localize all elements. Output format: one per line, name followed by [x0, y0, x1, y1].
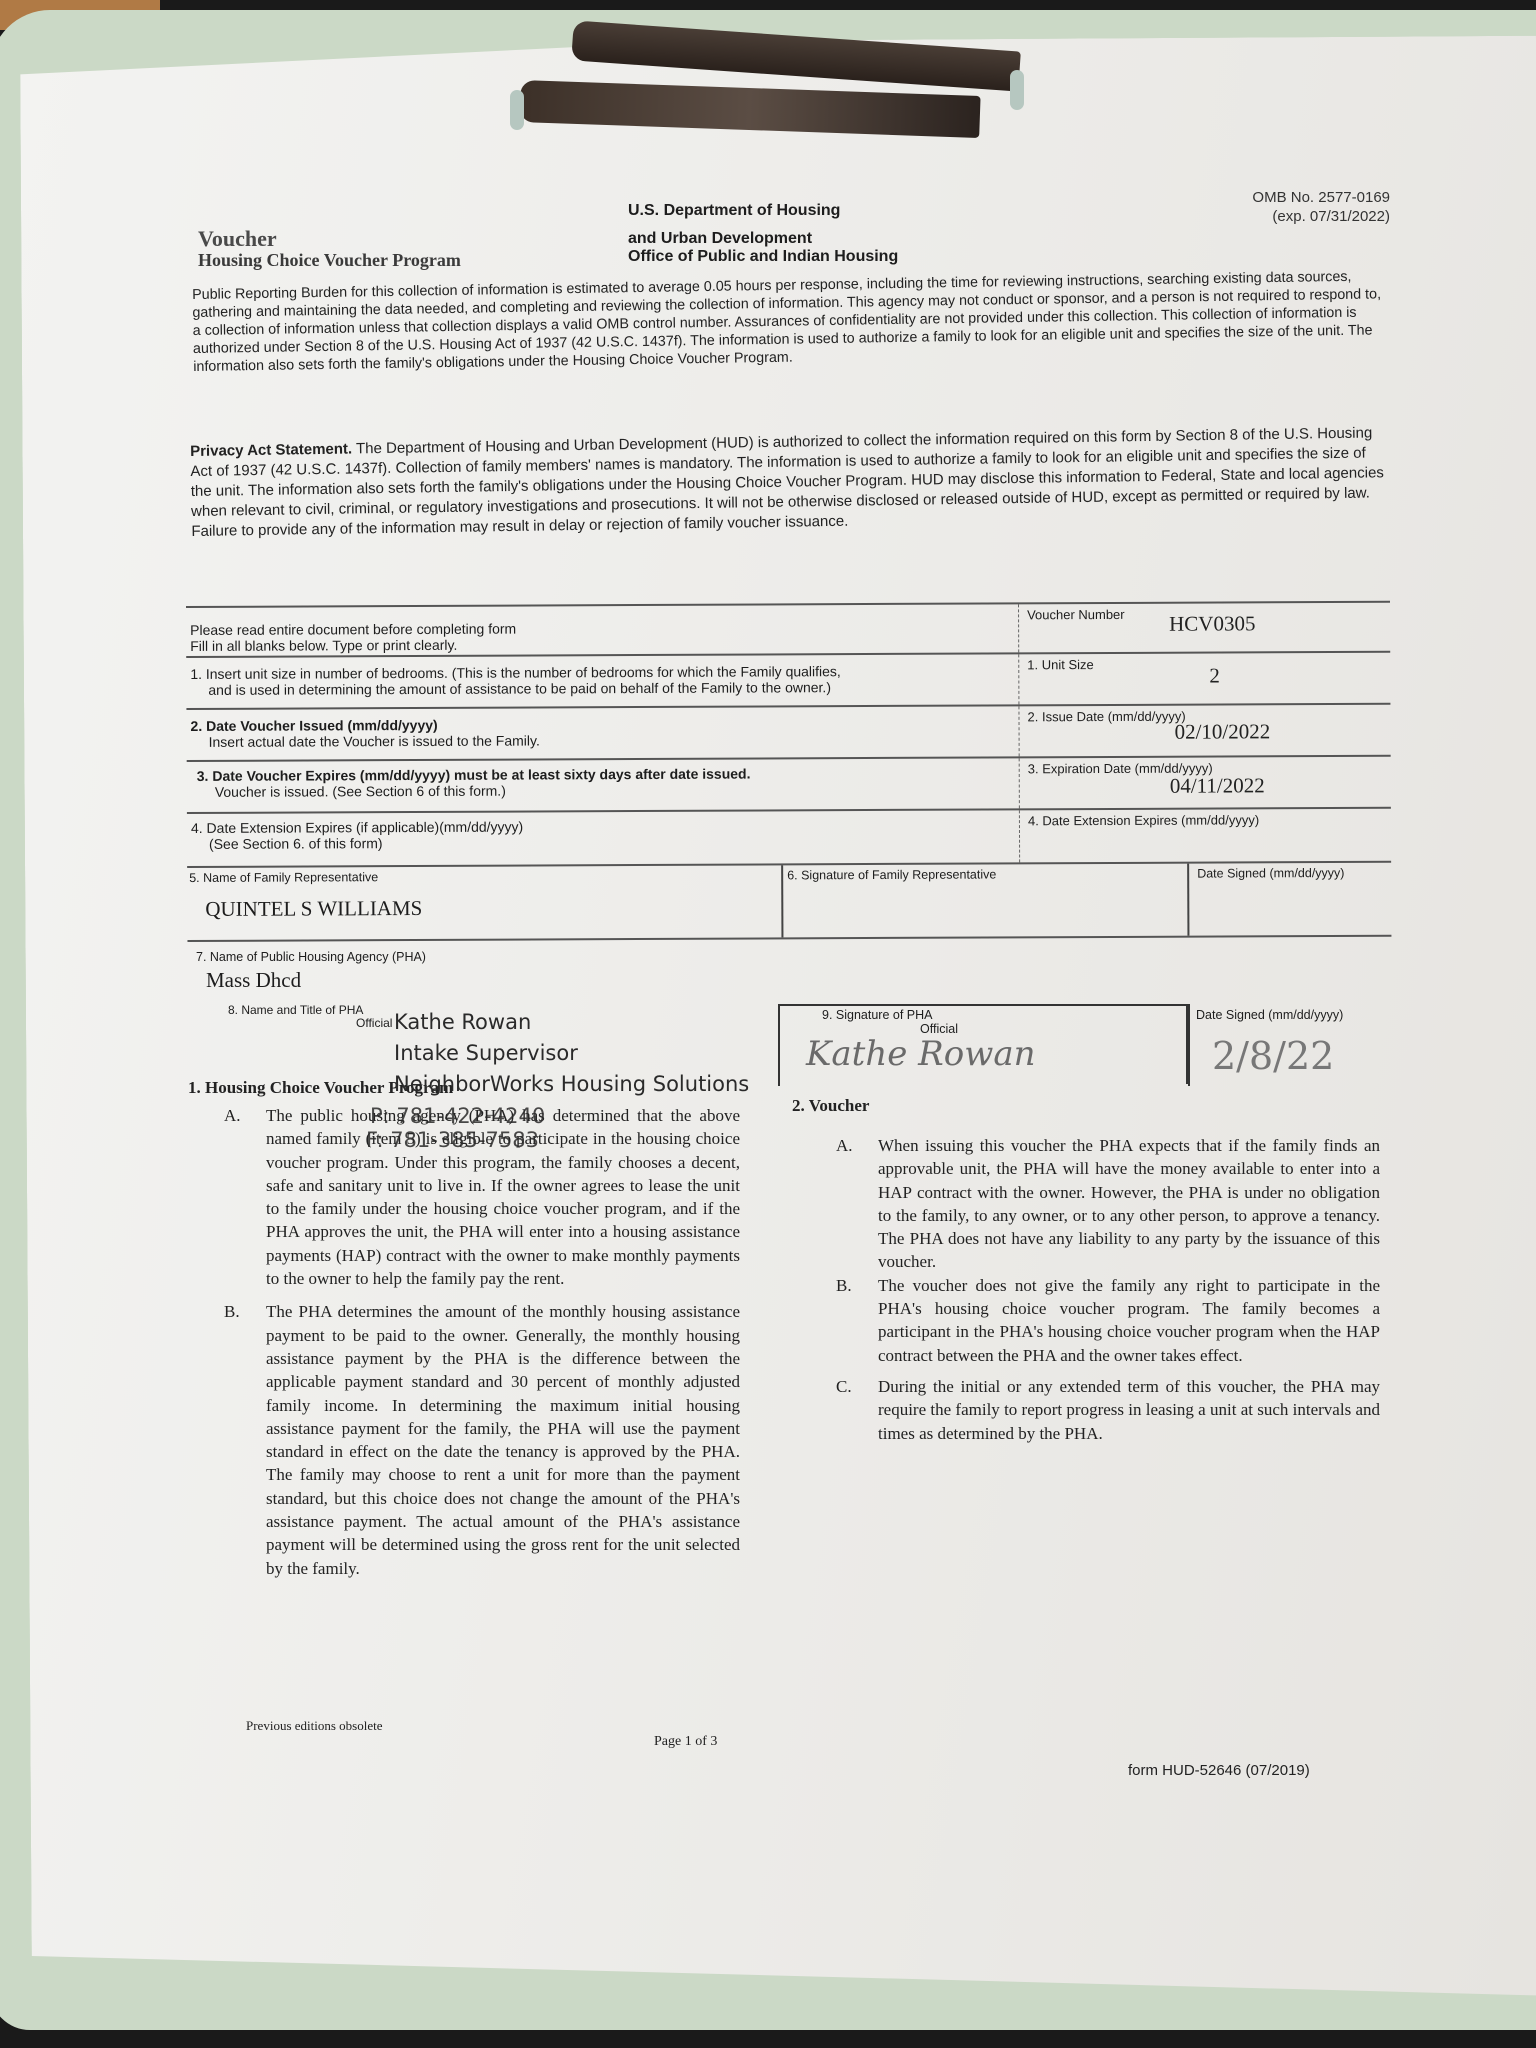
unit-size-field[interactable]: 1. Unit Size 2 — [1018, 653, 1390, 705]
expiration-date-value: 04/11/2022 — [1170, 773, 1265, 798]
voucher-number-value: HCV0305 — [1169, 611, 1255, 636]
section-2-body: A. When issuing this voucher the PHA exp… — [836, 1134, 1380, 1445]
voucher-number-field[interactable]: Voucher Number HCV0305 — [1018, 603, 1390, 653]
form-row-expiration-date: 3. Date Voucher Expires (mm/dd/yyyy) mus… — [187, 755, 1391, 812]
extension-date-field[interactable]: 4. Date Extension Expires (mm/dd/yyyy) — [1019, 809, 1391, 863]
voucher-form: Please read entire document before compl… — [186, 601, 1391, 942]
official-title: Intake Supervisor — [394, 1041, 578, 1065]
form-instructions-row: Please read entire document before compl… — [186, 601, 1390, 656]
burden-statement: Public Reporting Burden for this collect… — [192, 267, 1393, 376]
official-organization: NeighborWorks Housing Solutions — [394, 1072, 749, 1096]
official-phone: P: 781-422-4240 — [370, 1104, 545, 1128]
divider — [1186, 1004, 1188, 1084]
footer-page-number: Page 1 of 3 — [654, 1734, 717, 1750]
pha-signature-field[interactable]: 9. Signature of PHA Official Kathe Rowan — [778, 1004, 1190, 1086]
omb-info: OMB No. 2577-0169 (exp. 07/31/2022) — [1180, 188, 1390, 226]
section-1-body: A. The public housing agency (PHA) has d… — [224, 1104, 740, 1580]
form-row-unit-size: 1. Insert unit size in number of bedroom… — [186, 651, 1390, 708]
department-header: U.S. Department of Housing and Urban Dev… — [628, 202, 898, 266]
section-2-item-a: A. When issuing this voucher the PHA exp… — [836, 1134, 1380, 1274]
document-title: Voucher — [198, 226, 277, 252]
issue-date-field[interactable]: 2. Issue Date (mm/dd/yyyy) 02/10/2022 — [1018, 705, 1390, 757]
pha-date-label: Date Signed (mm/dd/yyyy) — [1196, 1008, 1343, 1022]
official-label: 8. Name and Title of PHA Official — [228, 1004, 392, 1030]
section-2-item-b: B. The voucher does not give the family … — [836, 1274, 1380, 1367]
expiration-date-field[interactable]: 3. Expiration Date (mm/dd/yyyy) 04/11/20… — [1019, 757, 1391, 809]
pha-name-label: 7. Name of Public Housing Agency (PHA) — [196, 950, 426, 964]
voucher-document: Voucher Housing Choice Voucher Program U… — [0, 0, 1536, 2048]
form-row-extension: 4. Date Extension Expires (if applicable… — [187, 807, 1391, 866]
footer-previous-editions: Previous editions obsolete — [246, 1718, 383, 1734]
section-2-item-c: C. During the initial or any extended te… — [836, 1375, 1380, 1445]
family-representative-signature-field[interactable]: 6. Signature of Family Representative — [781, 864, 1189, 938]
section-1-item-b: B. The PHA determines the amount of the … — [224, 1300, 740, 1580]
pha-signature: Kathe Rowan — [806, 1034, 1036, 1074]
document-subtitle: Housing Choice Voucher Program — [198, 250, 461, 271]
footer-form-number: form HUD-52646 (07/2019) — [1128, 1762, 1310, 1779]
pha-date-signed: 2/8/22 — [1212, 1034, 1334, 1078]
form-row-issue-date: 2. Date Voucher Issued (mm/dd/yyyy) Inse… — [186, 703, 1390, 760]
official-fax: F: 781-385-7583 — [366, 1128, 539, 1152]
issue-date-value: 02/10/2022 — [1175, 719, 1271, 744]
family-representative-date-field[interactable]: Date Signed (mm/dd/yyyy) — [1189, 863, 1391, 936]
section-2-heading: 2. Voucher — [792, 1096, 869, 1116]
pha-name-value: Mass Dhcd — [206, 968, 301, 993]
family-representative-name: QUINTEL S WILLIAMS — [205, 894, 779, 922]
official-name: Kathe Rowan — [394, 1010, 531, 1034]
family-representative-name-field[interactable]: 5. Name of Family Representative QUINTEL… — [187, 865, 781, 940]
family-representative-row: 5. Name of Family Representative QUINTEL… — [187, 861, 1391, 942]
privacy-act-statement: Privacy Act Statement. The Department of… — [190, 423, 1391, 542]
unit-size-value: 2 — [1209, 663, 1220, 688]
